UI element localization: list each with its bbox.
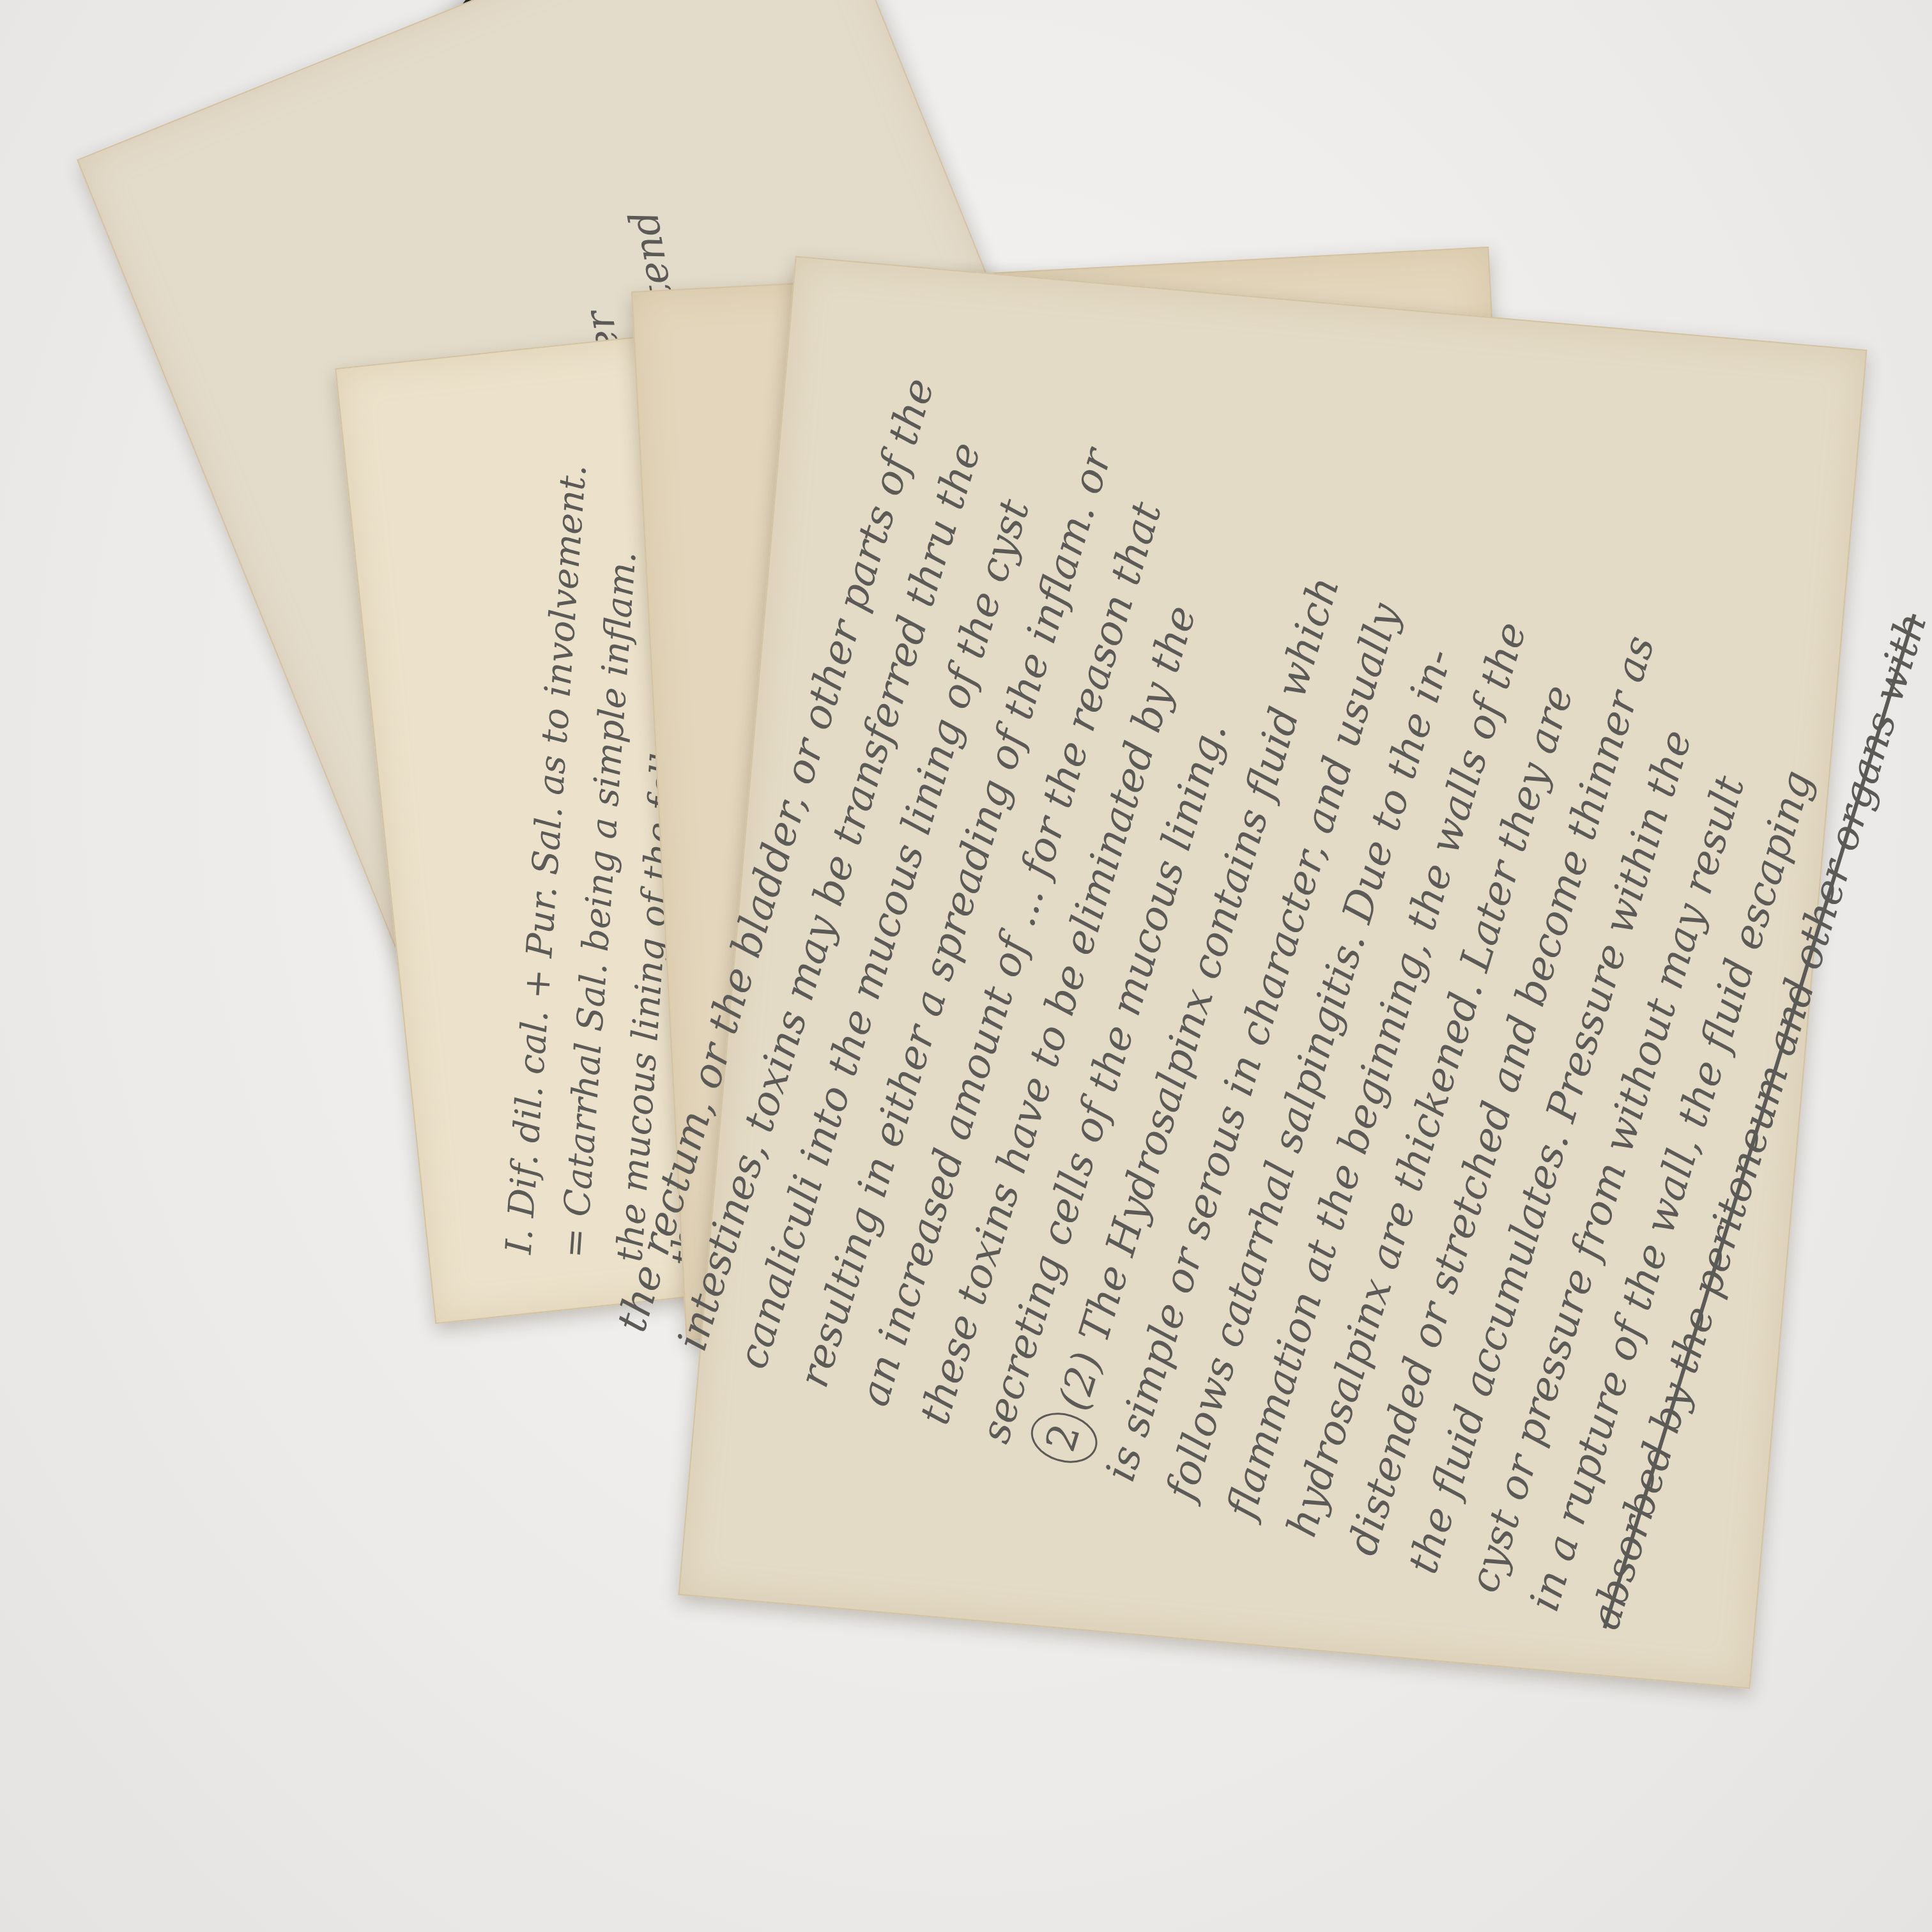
circled-number-marker: 2 xyxy=(1025,1406,1103,1471)
photo-scene: R. - the congesti- Therefore, and hyper … xyxy=(0,0,1932,1932)
handwriting-block: the rectum, or the bladder, or other par… xyxy=(601,307,1932,1637)
handwritten-sheet-4: the rectum, or the bladder, or other par… xyxy=(678,256,1867,1689)
